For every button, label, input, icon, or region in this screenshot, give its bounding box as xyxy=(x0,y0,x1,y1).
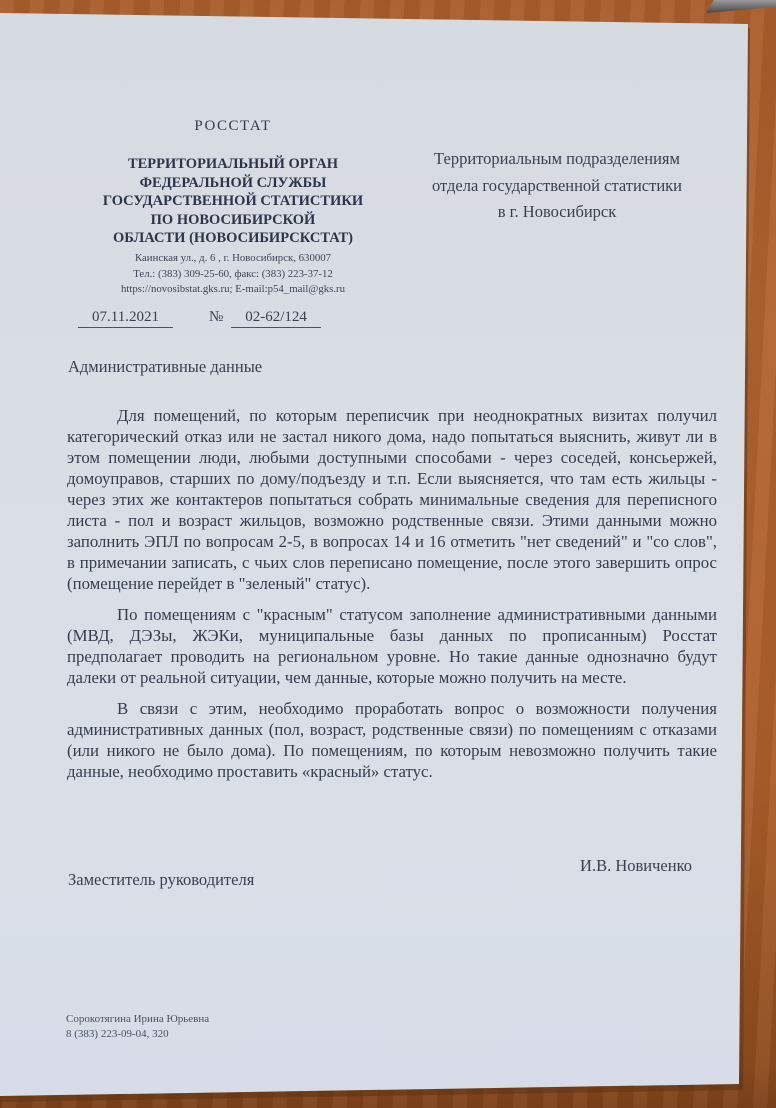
subject-line: Административные данные xyxy=(68,357,468,377)
signer-position: Заместитель руководителя xyxy=(68,870,254,890)
letter-body: Для помещений, по которым переписчик при… xyxy=(67,406,717,793)
contact-address-block: Каинская ул., д. 6 , г. Новосибирск, 630… xyxy=(62,251,404,298)
executor-name: Сорокотягина Ирина Юрьевна xyxy=(66,1012,366,1027)
body-paragraph-3: В связи с этим, необходимо проработать в… xyxy=(67,699,717,783)
org-name-line: ФЕДЕРАЛЬНОЙ СЛУЖБЫ xyxy=(62,174,404,193)
signer-name: И.В. Новиченко xyxy=(580,856,692,876)
executor-block: Сорокотягина Ирина Юрьевна 8 (383) 223-0… xyxy=(66,1012,366,1042)
body-paragraph-2: По помещениям с "красным" статусом запол… xyxy=(67,605,717,689)
org-name-line: ГОСУДАРСТВЕННОЙ СТАТИСТИКИ xyxy=(62,192,404,211)
addressee-line: отдела государственной статистики xyxy=(404,173,710,200)
executor-phone: 8 (383) 223-09-04, 320 xyxy=(66,1027,366,1042)
phone-fax-line: Тел.: (383) 309-25-60, факс: (383) 223-3… xyxy=(62,267,404,283)
date-number-line: 07.11.2021 № 02-62/124 xyxy=(78,309,398,328)
addressee-line: в г. Новосибирск xyxy=(404,199,710,226)
organization-name: ТЕРРИТОРИАЛЬНЫЙ ОРГАН ФЕДЕРАЛЬНОЙ СЛУЖБЫ… xyxy=(62,155,404,248)
document-number: 02-62/124 xyxy=(231,309,321,328)
org-name-line: ОБЛАСТИ (НОВОСИБИРСКСТАТ) xyxy=(62,229,404,248)
agency-name: РОССТАТ xyxy=(62,118,404,135)
addressee-block: Территориальным подразделениям отдела го… xyxy=(404,146,710,226)
org-name-line: ПО НОВОСИБИРСКОЙ xyxy=(62,211,404,230)
letter-document: РОССТАТ ТЕРРИТОРИАЛЬНЫЙ ОРГАН ФЕДЕРАЛЬНО… xyxy=(0,0,776,1108)
website-email-line: https://novosibstat.gks.ru; E-mail:p54_m… xyxy=(62,282,404,298)
number-sign: № xyxy=(209,309,223,326)
body-paragraph-1: Для помещений, по которым переписчик при… xyxy=(67,406,717,595)
address-line: Каинская ул., д. 6 , г. Новосибирск, 630… xyxy=(62,251,404,267)
document-date: 07.11.2021 xyxy=(78,309,173,328)
addressee-line: Территориальным подразделениям xyxy=(404,146,710,173)
org-name-line: ТЕРРИТОРИАЛЬНЫЙ ОРГАН xyxy=(62,155,404,174)
